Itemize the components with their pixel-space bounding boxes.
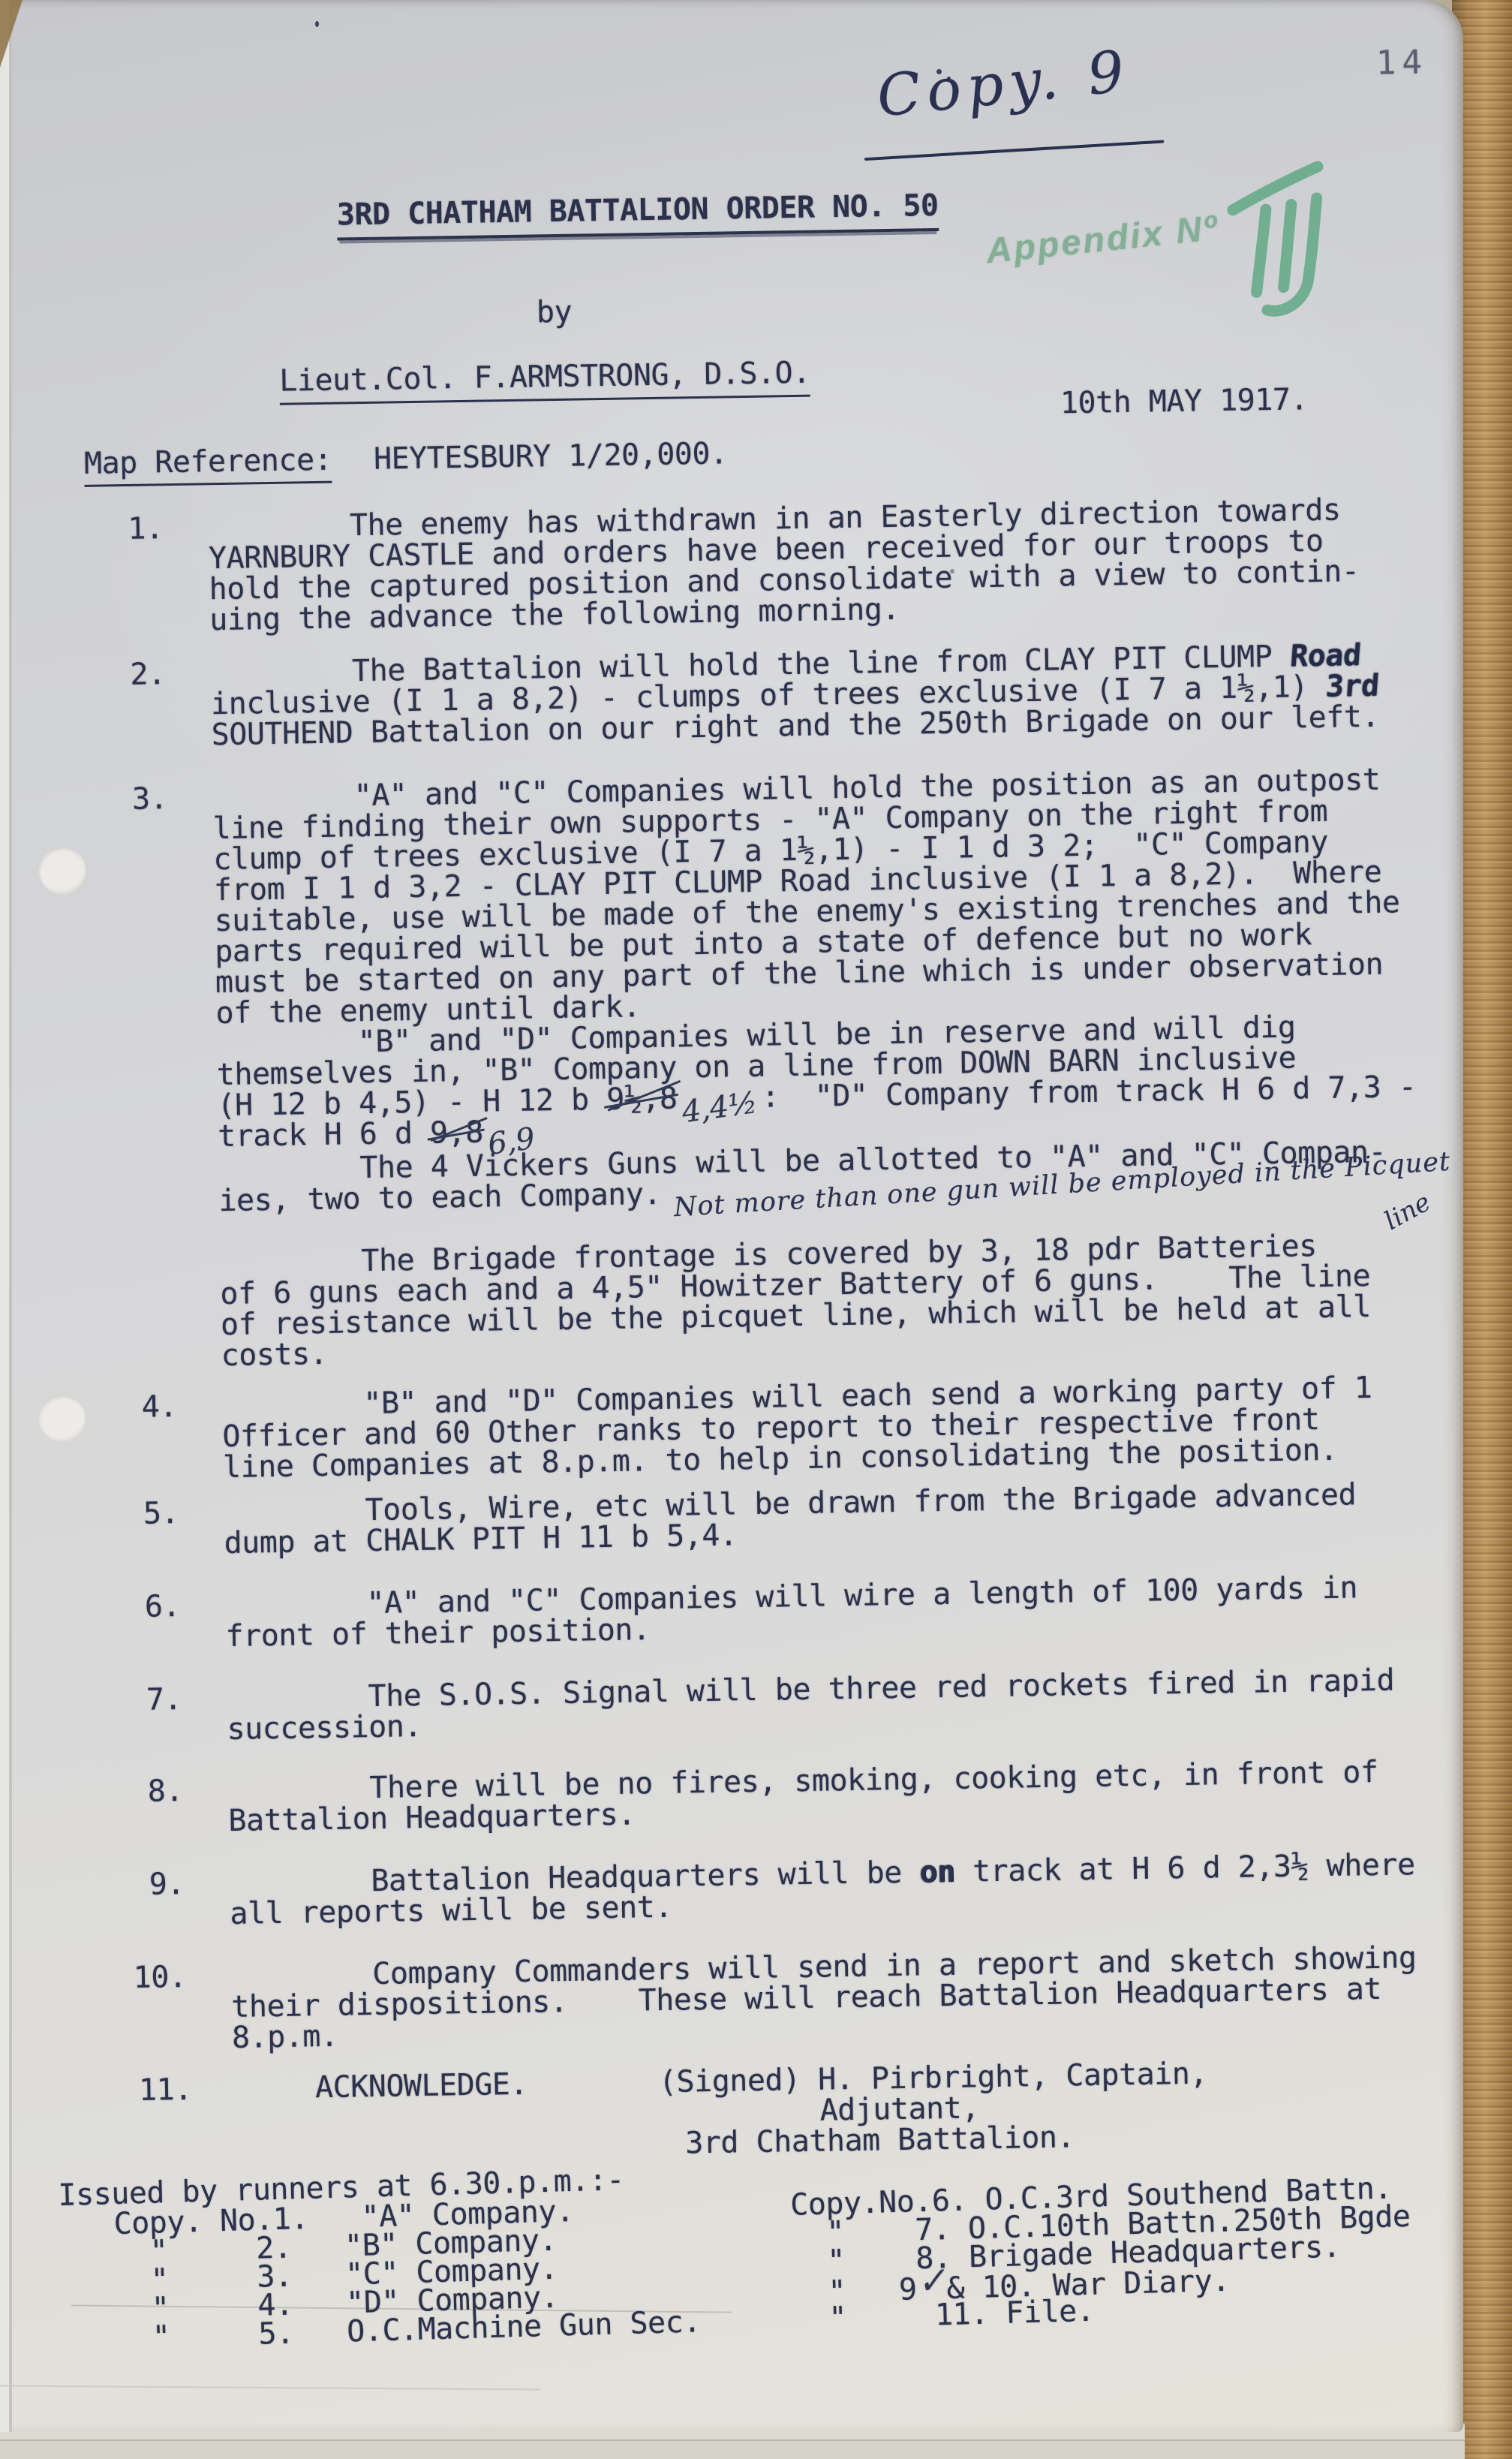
- order-paragraph-8: 8. There will be no fires, smoking, cook…: [11, 1756, 1474, 1779]
- typed-content: Copy. 9 14 3RD CHATHAM BATTALION ORDER N…: [0, 0, 1483, 2443]
- document-paper: Copy. 9 14 3RD CHATHAM BATTALION ORDER N…: [0, 0, 1463, 2432]
- appendix-numeral-iii-crayon: [1222, 154, 1352, 333]
- paragraph-number: 2.: [130, 659, 166, 691]
- paragraph-number: 5.: [143, 1498, 179, 1530]
- struck-coordinates: 9½,8: [606, 1084, 678, 1115]
- ink-correction: Road: [1288, 640, 1361, 673]
- map-reference-label: Map Reference:: [84, 445, 332, 487]
- paragraph-number: 10.: [133, 1962, 186, 1994]
- paragraph-number: 9.: [149, 1869, 185, 1901]
- order-paragraph-10: 10. Company Commanders will send in a re…: [13, 1942, 1476, 1965]
- scanned-page: Copy. 9 14 3RD CHATHAM BATTALION ORDER N…: [0, 0, 1512, 2459]
- order-paragraph-3: 3. "A" and "C" Companies will hold the p…: [0, 763, 1458, 787]
- order-paragraph-2: 2. The Battalion will hold the line from…: [0, 639, 1456, 662]
- order-paragraph-9: 9. Battalion Headquarters will be on tra…: [11, 1849, 1474, 1872]
- ink-correction: 3rd: [1324, 671, 1380, 703]
- appendix-stamp: Appendix Nº: [984, 206, 1220, 272]
- overtyped-word: on: [919, 1855, 955, 1890]
- map-reference-value: HEYTESBURY 1/20,000.: [374, 438, 728, 474]
- byline: by: [537, 297, 573, 329]
- date-line: 10th MAY 1917.: [1060, 384, 1309, 419]
- order-paragraph-4: 4. "B" and "D" Companies will each send …: [4, 1371, 1467, 1395]
- order-paragraph-3-brigade: The Brigade frontage is covered by 3, 18…: [2, 1229, 1465, 1252]
- paragraph-number: 7.: [146, 1684, 182, 1716]
- order-title: 3RD CHATHAM BATTALION ORDER NO. 50: [337, 191, 939, 241]
- copy-number-underline: [864, 140, 1165, 161]
- paragraph-number: 3.: [132, 784, 168, 815]
- copy-number-handwritten: Copy. 9: [874, 37, 1133, 129]
- order-paragraph-6: 6. "A" and "C" Companies will wire a len…: [8, 1571, 1471, 1594]
- order-paragraph-11: 11. ACKNOWLEDGE. (Signed) H. Pirbright, …: [15, 2054, 1478, 2078]
- paragraph-number: 6.: [145, 1591, 181, 1623]
- page-number: 14: [1375, 44, 1428, 83]
- paragraph-number: 11.: [139, 2075, 192, 2106]
- ink-checkmark: ✓: [915, 2264, 948, 2298]
- copy-list-item: " 11. File.: [793, 2296, 1095, 2335]
- order-paragraph-7: 7. The S.O.S. Signal will be three red r…: [9, 1664, 1472, 1687]
- paragraph-number: 4.: [141, 1392, 177, 1423]
- signature-line: 3rd Chatham Battalion.: [685, 2122, 1075, 2159]
- author-line: Lieut.Col. F.ARMSTRONG, D.S.O.: [279, 358, 810, 405]
- paragraph-number: 8.: [148, 1776, 184, 1807]
- acknowledge-label: ACKNOWLEDGE.: [315, 2069, 528, 2103]
- paragraph-number: 1.: [128, 513, 164, 545]
- struck-coordinates: 9,8: [430, 1118, 483, 1149]
- order-paragraph-1: 1. The enemy has withdrawn in an Easterl…: [0, 493, 1453, 516]
